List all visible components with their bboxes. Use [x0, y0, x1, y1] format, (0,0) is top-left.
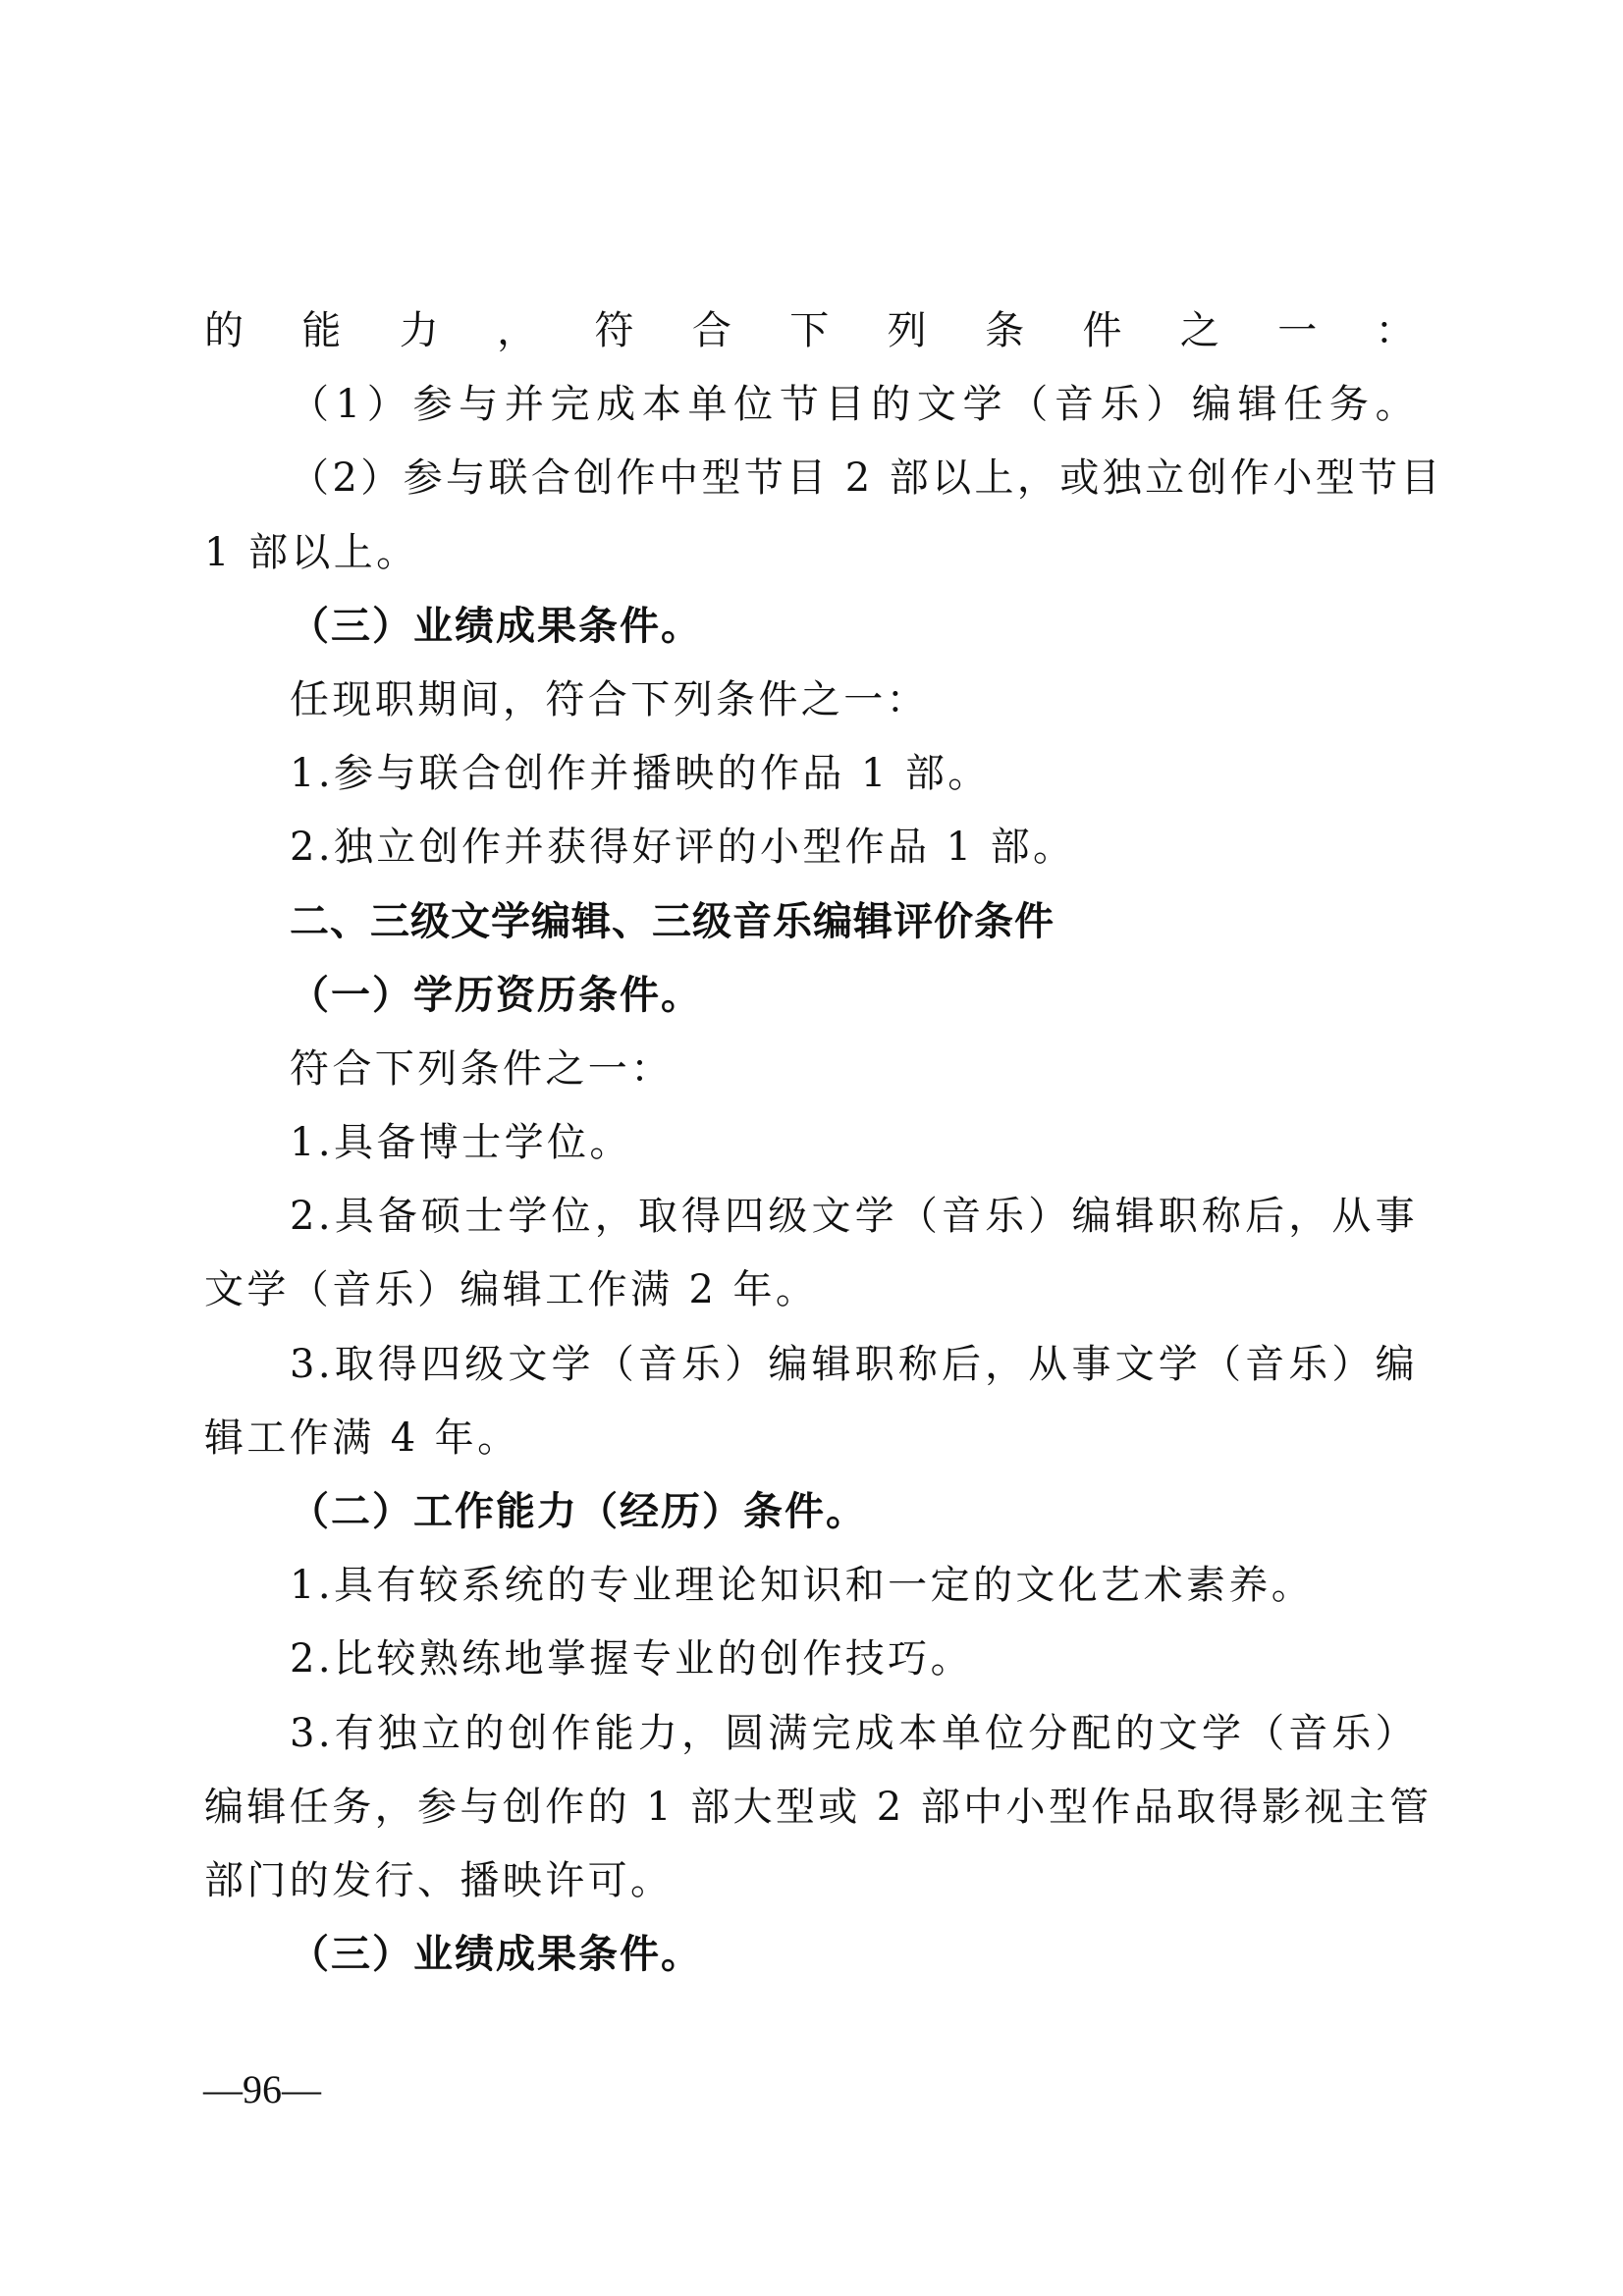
list-item-continuation: 文学（音乐）编辑工作满 2 年。 — [204, 1254, 1418, 1327]
section-subheading: （一）学历资历条件。 — [204, 959, 1418, 1033]
paragraph: 任现职期间，符合下列条件之一： — [204, 664, 1418, 737]
section-heading: 二、三级文学编辑、三级音乐编辑评价条件 — [204, 885, 1418, 959]
list-item-continuation: 1 部以上。 — [204, 516, 1418, 590]
page-number: —96— — [203, 2065, 321, 2114]
list-item-continuation: 部门的发行、播映许可。 — [204, 1844, 1418, 1918]
list-item-continuation: 编辑任务，参与创作的 1 部大型或 2 部中小型作品取得影视主管 — [204, 1771, 1418, 1844]
list-item: （1）参与并完成本单位节目的文学（音乐）编辑任务。 — [204, 368, 1418, 442]
section-subheading: （三）业绩成果条件。 — [204, 590, 1418, 664]
list-item: （2）参与联合创作中型节目 2 部以上，或独立创作小型节目 — [204, 442, 1418, 515]
document-page: 的能力，符合下列条件之一： （1）参与并完成本单位节目的文学（音乐）编辑任务。 … — [0, 0, 1623, 2296]
section-subheading: （二）工作能力（经历）条件。 — [204, 1475, 1418, 1549]
list-item: 1.参与联合创作并播映的作品 1 部。 — [204, 737, 1418, 811]
list-item: 1.具备博士学位。 — [204, 1106, 1418, 1180]
list-item: 3.有独立的创作能力，圆满完成本单位分配的文学（音乐） — [204, 1697, 1418, 1771]
paragraph-continuation: 的能力，符合下列条件之一： — [204, 294, 1418, 368]
list-item: 2.独立创作并获得好评的小型作品 1 部。 — [204, 811, 1418, 884]
list-item: 2.比较熟练地掌握专业的创作技巧。 — [204, 1623, 1418, 1696]
paragraph: 符合下列条件之一： — [204, 1033, 1418, 1106]
list-item-continuation: 辑工作满 4 年。 — [204, 1402, 1418, 1475]
list-item: 1.具有较系统的专业理论知识和一定的文化艺术素养。 — [204, 1549, 1418, 1623]
document-body: 的能力，符合下列条件之一： （1）参与并完成本单位节目的文学（音乐）编辑任务。 … — [204, 294, 1418, 1992]
list-item: 2.具备硕士学位，取得四级文学（音乐）编辑职称后，从事 — [204, 1180, 1418, 1254]
list-item: 3.取得四级文学（音乐）编辑职称后，从事文学（音乐）编 — [204, 1328, 1418, 1402]
section-subheading: （三）业绩成果条件。 — [204, 1918, 1418, 1992]
